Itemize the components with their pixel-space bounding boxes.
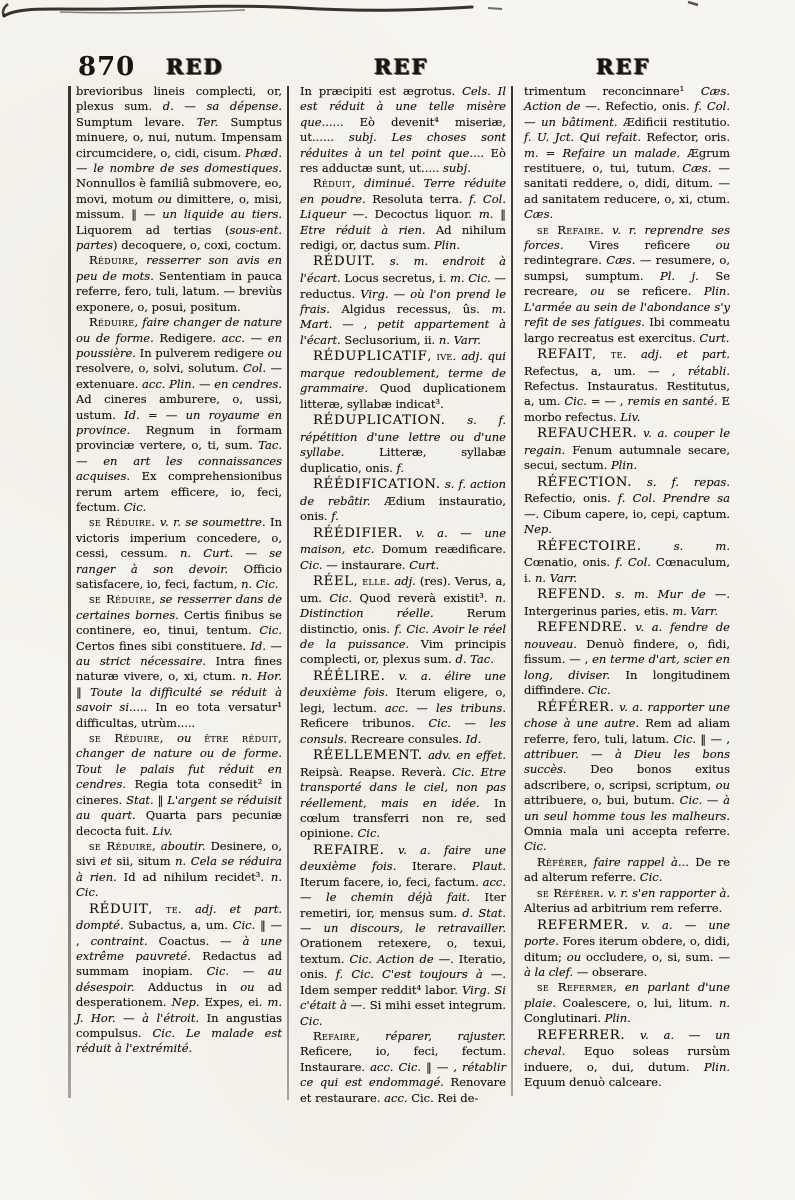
- entry-refectoire: RÉFECTOIRE. s. m. Cœnatio, onis. f. Col.…: [524, 538, 730, 587]
- entry-refend: REFEND. s. m. Mur de —. Intergerinus par…: [524, 586, 730, 619]
- scan-edge-artifact: [0, 0, 795, 22]
- column-continuation: brevioribus lineis complecti, or, plexus…: [76, 84, 282, 253]
- entry-refendre: REFENDRE. v. a. fendre de nouveau. Denuò…: [524, 619, 730, 698]
- entry-referer: RÉFÉRER. v. a. rapporter une chose à une…: [524, 699, 730, 855]
- entry-reduit-sm: RÉDUIT. s. m. endroit à l'écart. Locus s…: [300, 253, 506, 348]
- entry-se-referer: se Référer. v. r. s'en rapporter à. Alte…: [524, 886, 730, 917]
- entry-reelire: RÉÉLIRE. v. a. élire une deuxième fois. …: [300, 668, 506, 747]
- entry-se-reduire-bornes: se Réduire, se resserrer dans de certain…: [76, 592, 282, 731]
- entry-se-refaire: se Refaire. v. r. reprendre ses forces. …: [524, 223, 730, 346]
- text-column-1: brevioribus lineis complecti, or, plexus…: [76, 84, 282, 1057]
- entry-reduit-diminue: Réduit, diminué. Terre réduite en poudre…: [300, 176, 506, 253]
- entry-reduplication: RÉDUPLICATION. s. f. répétition d'une le…: [300, 412, 506, 476]
- entry-referer-rappel: Référer, faire rappel à... De re ad alte…: [524, 855, 730, 886]
- entry-se-refermer: se Refermer, en parlant d'une plaie. Coa…: [524, 980, 730, 1026]
- entry-reedifier: RÉÉDIFIER. v. a. — une maison, etc. Domu…: [300, 525, 506, 574]
- entry-se-reduire-etre-reduit: se Réduire, ou être réduit, changer de n…: [76, 731, 282, 839]
- running-head-right: REF: [596, 54, 650, 79]
- entry-se-reduire-aboutir: se Réduire, aboutir. Desinere, o, sivi e…: [76, 839, 282, 901]
- entry-refaire: REFAIRE. v. a. faire une deuxième fois. …: [300, 842, 506, 1029]
- entry-refaire-reparer: Refaire, réparer, rajuster. Reficere, io…: [300, 1029, 506, 1106]
- entry-reellement: RÉELLEMENT. adv. en effet. Reipsà. Reaps…: [300, 747, 506, 842]
- entry-reedification: RÉÉDIFICATION. s. f. action de rebâtir. …: [300, 476, 506, 525]
- page-header: 870 RED REF REF: [0, 52, 795, 84]
- entry-reduit-adj: RÉDUIT, te. adj. et part. dompté. Subact…: [76, 901, 282, 1057]
- column-continuation: In præcipiti est ægrotus. Cels. Il est r…: [300, 84, 506, 176]
- entry-reduplicatif: RÉDUPLICATIF, ive. adj. qui marque redou…: [300, 348, 506, 412]
- left-margin-rule: [68, 86, 71, 1098]
- entry-referrer: REFERRER. v. a. — un cheval. Equo soleas…: [524, 1027, 730, 1091]
- entry-refait: REFAIT, te. adj. et part. Refectus, a, u…: [524, 346, 730, 425]
- running-head-left: RED: [166, 54, 224, 79]
- entry-reel: RÉEL, elle. adj. (res). Verus, a, um. Ci…: [300, 573, 506, 668]
- entry-reduire-changer: Réduire, faire changer de nature ou de f…: [76, 315, 282, 515]
- column-divider-2: [511, 86, 513, 1096]
- scanned-dictionary-page: 870 RED REF REF brevioribus lineis compl…: [0, 0, 795, 1200]
- text-column-2: In præcipiti est ægrotus. Cels. Il est r…: [300, 84, 506, 1106]
- running-head-center: REF: [374, 54, 428, 79]
- column-divider-1: [287, 86, 289, 1100]
- page-number: 870: [78, 52, 135, 82]
- text-column-3: trimentum reconcinnare¹ Cæs. Action de —…: [524, 84, 730, 1091]
- entry-refection: RÉFECTION. s. f. repas. Refectio, onis. …: [524, 474, 730, 538]
- entry-refermer: REFERMER. v. a. — une porte. Fores iteru…: [524, 917, 730, 981]
- entry-reduire-resserrer: Réduire, resserrer son avis en peu de mo…: [76, 253, 282, 315]
- entry-refaucher: REFAUCHER. v. a. couper le regain. Fenum…: [524, 425, 730, 474]
- entry-se-reduire-soumettre: se Réduire. v. r. se soumettre. In victo…: [76, 515, 282, 592]
- column-continuation: trimentum reconcinnare¹ Cæs. Action de —…: [524, 84, 730, 223]
